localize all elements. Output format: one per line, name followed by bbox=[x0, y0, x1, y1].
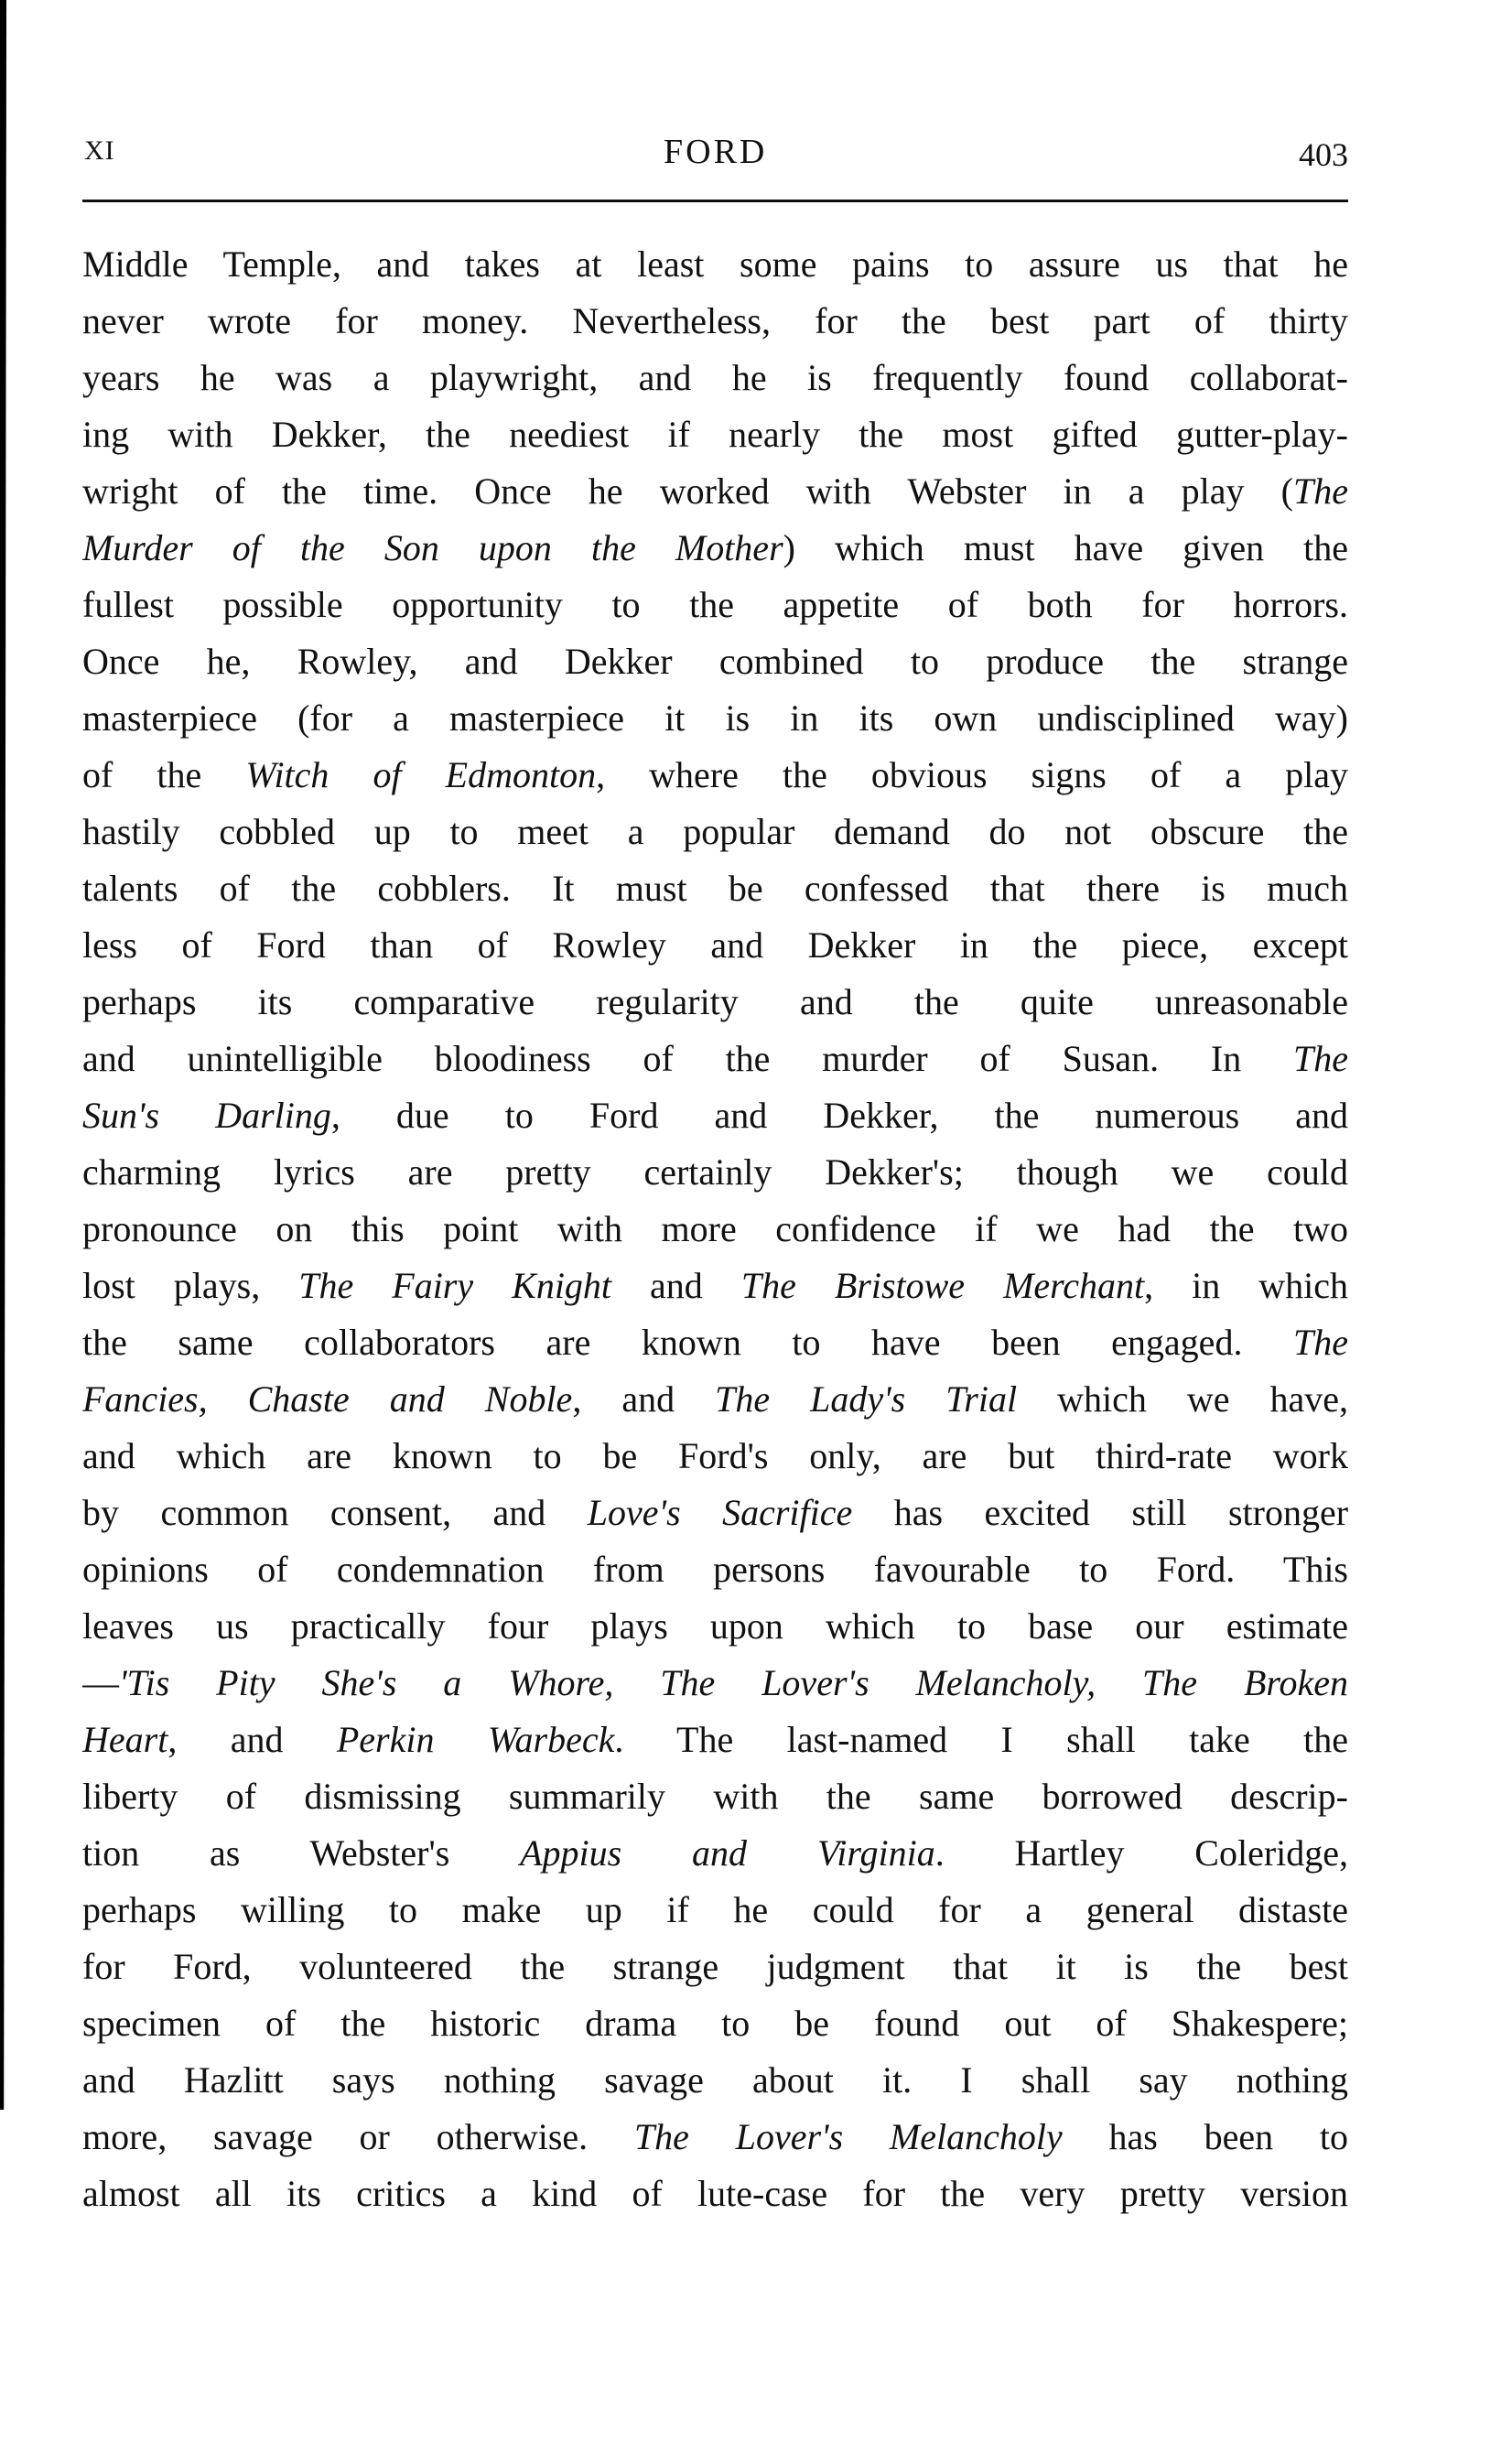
text-run: perhaps willing to make up if he could f… bbox=[82, 1889, 1348, 1930]
text-run: ) which must have given the bbox=[783, 527, 1348, 568]
text-line: Once he, Rowley, and Dekker combined to … bbox=[82, 633, 1348, 690]
italic-title: The Fairy Knight bbox=[298, 1265, 611, 1306]
text-run: perhaps its comparative regularity and t… bbox=[82, 981, 1348, 1022]
italic-title: Witch of Edmonton bbox=[245, 754, 596, 795]
text-run: almost all its critics a kind of lute-ca… bbox=[82, 2173, 1348, 2214]
text-run: more, savage or otherwise. bbox=[82, 2116, 634, 2157]
text-line: almost all its critics a kind of lute-ca… bbox=[82, 2166, 1348, 2222]
text-line: masterpiece (for a masterpiece it is in … bbox=[82, 690, 1348, 747]
text-run: . Hartley Coleridge, bbox=[935, 1832, 1348, 1874]
italic-title: 'Tis Pity She's a Whore, The Lover's Mel… bbox=[119, 1662, 1348, 1703]
text-run: and Hazlitt says nothing savage about it… bbox=[82, 2059, 1348, 2101]
text-run: , and bbox=[572, 1378, 715, 1420]
text-run: never wrote for money. Nevertheless, for… bbox=[82, 300, 1348, 341]
page-number: 403 bbox=[1299, 135, 1348, 174]
text-line: Fancies, Chaste and Noble, and The Lady'… bbox=[82, 1371, 1348, 1428]
text-run: Once he, Rowley, and Dekker combined to … bbox=[82, 641, 1348, 682]
italic-title: The bbox=[1293, 1322, 1348, 1363]
text-line: ing with Dekker, the neediest if nearly … bbox=[82, 406, 1348, 463]
text-line: less of Ford than of Rowley and Dekker i… bbox=[82, 917, 1348, 974]
italic-title: The bbox=[1293, 470, 1348, 512]
running-title: FORD bbox=[664, 132, 767, 172]
text-line: Middle Temple, and takes at least some p… bbox=[82, 236, 1348, 293]
text-run: fullest possible opportunity to the appe… bbox=[82, 584, 1348, 625]
italic-title: The Lady's Trial bbox=[715, 1378, 1017, 1420]
text-run: , in which bbox=[1144, 1265, 1348, 1306]
text-line: wright of the time. Once he worked with … bbox=[82, 463, 1348, 520]
text-line: hastily cobbled up to meet a popular dem… bbox=[82, 804, 1348, 860]
running-head: XI FORD 403 bbox=[82, 128, 1348, 174]
text-run: years he was a playwright, and he is fre… bbox=[82, 357, 1348, 398]
text-run: of the bbox=[82, 754, 245, 795]
text-run: hastily cobbled up to meet a popular dem… bbox=[82, 811, 1348, 852]
text-run: , where the obvious signs of a play bbox=[596, 754, 1348, 795]
text-run: and unintelligible bloodiness of the mur… bbox=[82, 1038, 1293, 1079]
text-run: , and bbox=[167, 1719, 337, 1760]
text-line: perhaps its comparative regularity and t… bbox=[82, 974, 1348, 1031]
body-text: Middle Temple, and takes at least some p… bbox=[82, 236, 1348, 2222]
text-run: leaves us practically four plays upon wh… bbox=[82, 1605, 1348, 1647]
text-run: . The last-named I shall take the bbox=[614, 1719, 1348, 1760]
text-line: by common consent, and Love's Sacrifice … bbox=[82, 1485, 1348, 1541]
text-line: specimen of the historic drama to be fou… bbox=[82, 1995, 1348, 2052]
italic-title: The Bristowe Merchant bbox=[741, 1265, 1144, 1306]
chapter-number: XI bbox=[84, 135, 115, 167]
text-run: which we have, bbox=[1017, 1378, 1348, 1420]
italic-title: Appius and Virginia bbox=[520, 1832, 935, 1874]
text-line: tion as Webster's Appius and Virginia. H… bbox=[82, 1825, 1348, 1882]
text-run: and bbox=[611, 1265, 741, 1306]
text-run: masterpiece (for a masterpiece it is in … bbox=[82, 697, 1348, 739]
text-run: the same collaborators are known to have… bbox=[82, 1322, 1293, 1363]
text-run: less of Ford than of Rowley and Dekker i… bbox=[82, 924, 1348, 966]
italic-title: Sun's Darling bbox=[82, 1095, 331, 1136]
text-line: fullest possible opportunity to the appe… bbox=[82, 577, 1348, 633]
text-line: and which are known to be Ford's only, a… bbox=[82, 1428, 1348, 1485]
text-run: liberty of dismissing summarily with the… bbox=[82, 1776, 1348, 1817]
text-line: and Hazlitt says nothing savage about it… bbox=[82, 2052, 1348, 2109]
header-rule bbox=[82, 200, 1348, 202]
text-run: talents of the cobblers. It must be conf… bbox=[82, 868, 1348, 909]
text-line: lost plays, The Fairy Knight and The Bri… bbox=[82, 1258, 1348, 1314]
text-run: has excited still stronger bbox=[852, 1492, 1348, 1533]
text-run: , due to Ford and Dekker, the numerous a… bbox=[331, 1095, 1348, 1136]
italic-title: Murder of the Son upon the Mother bbox=[82, 527, 783, 568]
text-line: and unintelligible bloodiness of the mur… bbox=[82, 1031, 1348, 1087]
text-run: pronounce on this point with more confid… bbox=[82, 1208, 1348, 1249]
text-line: more, savage or otherwise. The Lover's M… bbox=[82, 2109, 1348, 2166]
text-run: charming lyrics are pretty certainly Dek… bbox=[82, 1151, 1348, 1193]
text-run: by common consent, and bbox=[82, 1492, 588, 1533]
text-run: wright of the time. Once he worked with … bbox=[82, 470, 1293, 512]
italic-title: Love's Sacrifice bbox=[588, 1492, 853, 1533]
text-line: leaves us practically four plays upon wh… bbox=[82, 1598, 1348, 1655]
text-line: pronounce on this point with more confid… bbox=[82, 1201, 1348, 1258]
text-run: for Ford, volunteered the strange judgme… bbox=[82, 1946, 1348, 1987]
text-line: talents of the cobblers. It must be conf… bbox=[82, 860, 1348, 917]
text-line: for Ford, volunteered the strange judgme… bbox=[82, 1939, 1348, 1995]
text-line: Murder of the Son upon the Mother) which… bbox=[82, 520, 1348, 577]
text-run: specimen of the historic drama to be fou… bbox=[82, 2003, 1348, 2044]
text-line: Heart, and Perkin Warbeck. The last-name… bbox=[82, 1712, 1348, 1768]
text-line: the same collaborators are known to have… bbox=[82, 1314, 1348, 1371]
text-run: ing with Dekker, the neediest if nearly … bbox=[82, 414, 1348, 455]
text-run: opinions of condemnation from persons fa… bbox=[82, 1549, 1348, 1590]
text-line: of the Witch of Edmonton, where the obvi… bbox=[82, 747, 1348, 804]
text-run: tion as Webster's bbox=[82, 1832, 520, 1874]
text-line: Sun's Darling, due to Ford and Dekker, t… bbox=[82, 1087, 1348, 1144]
italic-title: Heart bbox=[82, 1719, 167, 1760]
text-line: —'Tis Pity She's a Whore, The Lover's Me… bbox=[82, 1655, 1348, 1712]
text-line: opinions of condemnation from persons fa… bbox=[82, 1541, 1348, 1598]
page-binding-shadow bbox=[0, 0, 6, 2110]
text-line: never wrote for money. Nevertheless, for… bbox=[82, 293, 1348, 350]
text-run: has been to bbox=[1063, 2116, 1348, 2157]
text-line: liberty of dismissing summarily with the… bbox=[82, 1768, 1348, 1825]
italic-title: Fancies, Chaste and Noble bbox=[82, 1378, 572, 1420]
text-run: — bbox=[82, 1662, 119, 1703]
text-run: lost plays, bbox=[82, 1265, 298, 1306]
text-line: charming lyrics are pretty certainly Dek… bbox=[82, 1144, 1348, 1201]
text-line: years he was a playwright, and he is fre… bbox=[82, 350, 1348, 406]
text-run: Middle Temple, and takes at least some p… bbox=[82, 243, 1348, 285]
italic-title: Perkin Warbeck bbox=[337, 1719, 615, 1760]
text-run: and which are known to be Ford's only, a… bbox=[82, 1435, 1348, 1476]
text-line: perhaps willing to make up if he could f… bbox=[82, 1882, 1348, 1939]
italic-title: The bbox=[1293, 1038, 1348, 1079]
italic-title: The Lover's Melancholy bbox=[634, 2116, 1063, 2157]
